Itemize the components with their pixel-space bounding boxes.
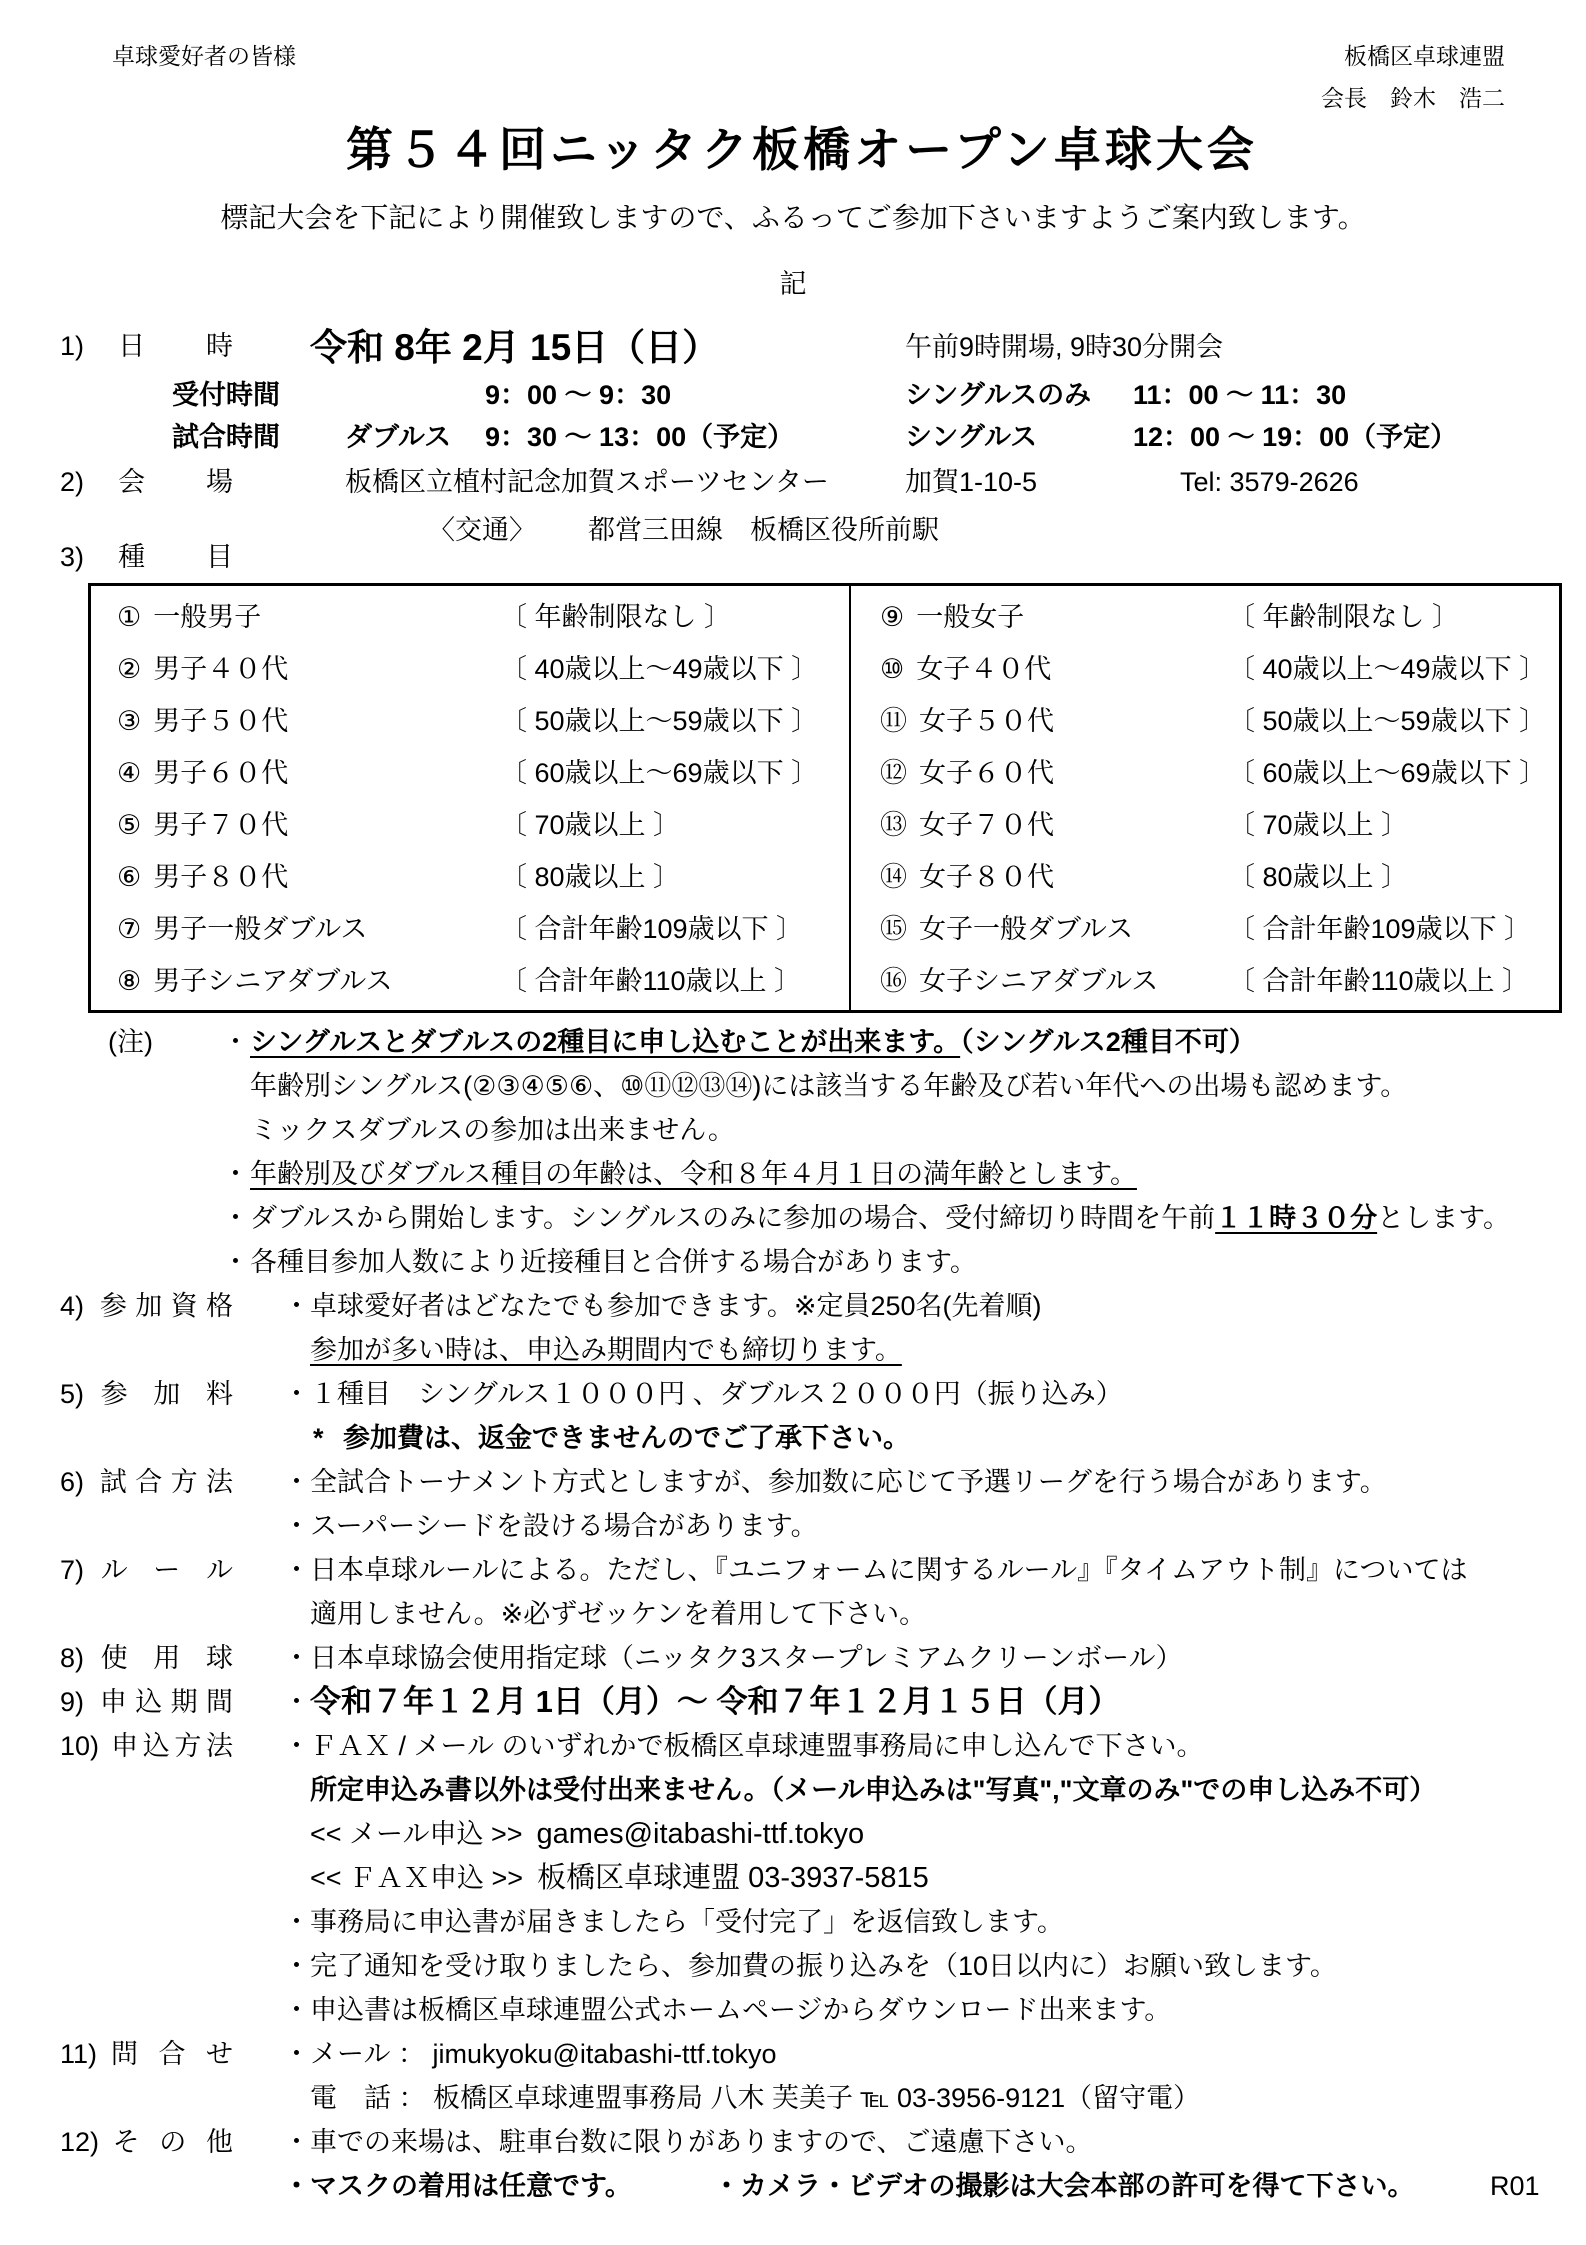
organization-name: 板橋区卓球連盟 (1344, 40, 1505, 72)
note-line: ミックスダブルスの参加は出来ません。 (0, 1108, 1586, 1152)
super-seed-text: スーパーシードを設ける場合があります。 (310, 1504, 818, 1548)
access-info: 都営三田線 板橋区役所前駅 (588, 514, 939, 546)
bullet: ・ (222, 1152, 249, 1196)
application-period: 令和７年１２月 1日（月）～ 令和７年１２月１５日（月） (310, 1680, 1119, 1724)
venue-name: 板橋区立植村記念加賀スポーツセンター (345, 466, 829, 498)
note-mixed-doubles: ミックスダブルスの参加は出来ません。 (250, 1108, 735, 1152)
event-age-limit: 〔 合計年齢110歳以上 〕 (500, 955, 801, 1007)
mail-apply-address: games@itabashi-ttf.tokyo (537, 1818, 865, 1850)
mask-notice-text: マスクの着用は任意です。 (310, 2164, 632, 2208)
contact-phone: 電 話 ： 板橋区卓球連盟事務局 八木 芙美子 ℡ 03-3956-9121（留… (310, 2076, 1200, 2120)
doors-open-info: 午前9時開場, 9時30分開会 (905, 331, 1223, 363)
doubles-time: 9：30 ～ 13：00（予定） (485, 421, 794, 453)
bullet: ・ (713, 2164, 740, 2208)
event-row: ⑨一般女子〔 年齢制限なし 〕 (851, 591, 1559, 643)
note-start-order: ダブルスから開始します。シングルスのみに参加の場合、受付締切り時間を午前１１時３… (250, 1196, 1510, 1240)
greeting-text: 卓球愛好者の皆様 (112, 40, 296, 72)
event-row: ⑯女子シニアダブルス〔 合計年齢110歳以上 〕 (851, 955, 1559, 1007)
event-name: ⑬女子７０代 (880, 810, 1054, 840)
mail-apply-label: << メール申込 >> (310, 1819, 523, 1849)
fee-no-refund-text: 参加費は、返金できませんのでご了承下さい。 (343, 1416, 910, 1460)
fee-line: * 参加費は、返金できませんのでご了承下さい。 (0, 1416, 1586, 1460)
event-name: ④男子６０代 (117, 758, 288, 788)
event-name: ⑨一般女子 (880, 602, 1024, 632)
ball-line: 8) 使 用 球 ・ 日本卓球協会使用指定球（ニッタク3スタープレミアムクリーン… (0, 1636, 1586, 1680)
note-age-basis: 年齢別及びダブルス種目の年齢は、令和８年４月１日の満年齢とします。 (250, 1152, 1137, 1196)
note-entry-limit: シングルスとダブルスの2種目に申し込むことが出来ます。（シングルス2種目不可） (250, 1020, 1256, 1064)
event-row: ⑪女子５０代〔 50歳以上～59歳以下 〕 (851, 695, 1559, 747)
apply-line: ・ 完了通知を受け取りましたら、参加費の振り込みを（10日以内に）お願い致します… (0, 1944, 1586, 1988)
event-age-limit: 〔 80歳以上 〕 (1228, 851, 1408, 903)
qualification-line: 4) 参加資格 ・ 卓球愛好者はどなたでも参加できます。※定員250名(先着順) (0, 1284, 1586, 1328)
event-date: 令和 8年 2月 15日（日） (310, 323, 719, 373)
format-text: 全試合トーナメント方式としますが、参加数に応じて予選リーグを行う場合があります。 (310, 1460, 1387, 1504)
event-age-limit: 〔 40歳以上～49歳以下 〕 (500, 643, 818, 695)
note-line: 年齢別シングルス(②③④⑤⑥、⑩⑪⑫⑬⑭)には該当する年齢及び若い年代への出場も… (0, 1064, 1586, 1108)
singles-label: シングルス (905, 421, 1037, 453)
fee-text: １種目 シングルス１０００円 、ダブルス２０００円（振り込み） (310, 1372, 1123, 1416)
event-name: ⑭女子８０代 (880, 862, 1054, 892)
section-label-events: 3) 種 目 (60, 541, 233, 573)
event-name: ⑤男子７０代 (117, 810, 288, 840)
apply-line: << メール申込 >>games@itabashi-ttf.tokyo (0, 1812, 1586, 1856)
reception-reply-text: 事務局に申込書が届きましたら「受付完了」を返信致します。 (310, 1900, 1064, 1944)
event-name: ⑧男子シニアダブルス (117, 966, 392, 996)
president-name: 会長 鈴木 浩二 (1321, 82, 1505, 114)
qualification-text: 卓球愛好者はどなたでも参加できます。※定員250名(先着順) (310, 1284, 1042, 1328)
event-row: ⑤男子７０代〔 70歳以上 〕 (91, 799, 849, 851)
asterisk-mark: * (313, 1416, 324, 1460)
reception-time-value: 9：00 ～ 9：30 (485, 379, 671, 411)
event-row: ②男子４０代〔 40歳以上～49歳以下 〕 (91, 643, 849, 695)
event-name: ⑫女子６０代 (880, 758, 1054, 788)
fee-line: 5) 参 加 料 ・ １種目 シングルス１０００円 、ダブルス２０００円（振り込… (0, 1372, 1586, 1416)
record-mark: 記 (0, 268, 1586, 300)
bullet: ・ (222, 1240, 249, 1284)
event-name: ③男子５０代 (117, 706, 288, 736)
fax-apply-label: << ＦＡＸ申込 >> (310, 1863, 523, 1893)
bullet: ・ (283, 1372, 310, 1416)
apply-line: 所定申込み書以外は受付出来ません。（メール申込みは"写真","文章のみ"での申し… (0, 1768, 1586, 1812)
event-age-limit: 〔 70歳以上 〕 (1228, 799, 1408, 851)
apply-line: ・ 事務局に申込書が届きましたら「受付完了」を返信致します。 (0, 1900, 1586, 1944)
bullet: ・ (283, 2032, 310, 2076)
access-label: 〈交通〉 (428, 514, 536, 546)
singles-only-time: 11：00 ～ 11：30 (1133, 379, 1346, 411)
events-table-women: ⑨一般女子〔 年齢制限なし 〕 ⑩女子４０代〔 40歳以上～49歳以下 〕 ⑪女… (851, 586, 1559, 1010)
events-table: ①一般男子〔 年齢制限なし 〕 ②男子４０代〔 40歳以上～49歳以下 〕 ③男… (88, 583, 1562, 1013)
bullet: ・ (283, 1988, 310, 2032)
qualification-deadline-text: 参加が多い時は、申込み期間内でも締切ります。 (310, 1328, 902, 1372)
event-age-limit: 〔 年齢制限なし 〕 (1228, 591, 1459, 643)
bullet: ・ (283, 1636, 310, 1680)
contact-line: 電 話 ： 板橋区卓球連盟事務局 八木 芙美子 ℡ 03-3956-9121（留… (0, 2076, 1586, 2120)
mail-apply-line: << メール申込 >>games@itabashi-ttf.tokyo (310, 1812, 864, 1856)
other-line: ・ マスクの着用は任意です。 ・ カメラ・ビデオの撮影は大会本部の許可を得て下さ… (0, 2164, 1586, 2208)
period-line: 9) 申込期間 ・ 令和７年１２月 1日（月）～ 令和７年１２月１５日（月） (0, 1680, 1586, 1724)
bullet: ・ (283, 1284, 310, 1328)
rules-text: 日本卓球ルールによる。ただし、『ユニフォームに関するルール』『タイムアウト制』に… (310, 1548, 1468, 1592)
match-time-label: 試合時間 (172, 421, 280, 453)
bullet: ・ (283, 2164, 310, 2208)
event-age-limit: 〔 80歳以上 〕 (500, 851, 680, 903)
page-title: 第５４回ニッタク板橋オープン卓球大会 (0, 122, 1586, 178)
section-label-fee: 5) 参 加 料 (60, 1378, 233, 1410)
event-name: ⑪女子５０代 (880, 706, 1054, 736)
tournament-announcement-page: 卓球愛好者の皆様 板橋区卓球連盟 会長 鈴木 浩二 第５４回ニッタク板橋オープン… (0, 0, 1586, 2245)
section-label-period: 9) 申込期間 (60, 1686, 233, 1718)
bullet: ・ (283, 1680, 310, 1724)
event-row: ⑩女子４０代〔 40歳以上～49歳以下 〕 (851, 643, 1559, 695)
rules-text-continued: 適用しません。※必ずゼッケンを着用して下さい。 (310, 1592, 926, 1636)
event-age-limit: 〔 合計年齢109歳以下 〕 (500, 903, 803, 955)
event-row: ⑦男子一般ダブルス〔 合計年齢109歳以下 〕 (91, 903, 849, 955)
event-row: ⑥男子８０代〔 80歳以上 〕 (91, 851, 849, 903)
format-line: ・ スーパーシードを設ける場合があります。 (0, 1504, 1586, 1548)
fax-apply-number: 板橋区卓球連盟 03-3937-5815 (537, 1862, 929, 1894)
contact-email: メール ： jimukyoku@itabashi-ttf.tokyo (310, 2032, 777, 2076)
event-age-limit: 〔 70歳以上 〕 (500, 799, 680, 851)
section-label-apply: 10) 申込方法 (60, 1730, 233, 1762)
section-label-venue: 2) 会 場 (60, 466, 233, 498)
bullet: ・ (283, 1548, 310, 1592)
event-row: ⑧男子シニアダブルス〔 合計年齢110歳以上 〕 (91, 955, 849, 1007)
payment-request-text: 完了通知を受け取りましたら、参加費の振り込みを（10日以内に）お願い致します。 (310, 1944, 1337, 1988)
event-name: ⑩女子４０代 (880, 654, 1051, 684)
fax-apply-line: << ＦＡＸ申込 >>板橋区卓球連盟 03-3937-5815 (310, 1856, 929, 1900)
section-label-contact: 11) 問 合 せ (60, 2038, 233, 2070)
bullet: ・ (283, 2120, 310, 2164)
bullet: ・ (283, 1724, 310, 1768)
note-line: ・ 各種目参加人数により近接種目と合併する場合があります。 (0, 1240, 1586, 1284)
ball-text: 日本卓球協会使用指定球（ニッタク3スタープレミアムクリーンボール） (310, 1636, 1183, 1680)
event-age-limit: 〔 40歳以上～49歳以下 〕 (1228, 643, 1546, 695)
section-label-format: 6) 試合方法 (60, 1466, 233, 1498)
camera-notice-text: カメラ・ビデオの撮影は大会本部の許可を得て下さい。 (740, 2164, 1414, 2208)
event-age-limit: 〔 60歳以上～69歳以下 〕 (500, 747, 818, 799)
apply-line: 10) 申込方法 ・ ＦＡＸ / メール のいずれかで板橋区卓球連盟事務局に申し… (0, 1724, 1586, 1768)
apply-line: << ＦＡＸ申込 >>板橋区卓球連盟 03-3937-5815 (0, 1856, 1586, 1900)
event-name: ②男子４０代 (117, 654, 288, 684)
event-row: ⑮女子一般ダブルス〔 合計年齢109歳以下 〕 (851, 903, 1559, 955)
qualification-line: 参加が多い時は、申込み期間内でも締切ります。 (0, 1328, 1586, 1372)
note-line: ・ ダブルスから開始します。シングルスのみに参加の場合、受付締切り時間を午前１１… (0, 1196, 1586, 1240)
event-name: ⑯女子シニアダブルス (880, 966, 1158, 996)
rules-line: 適用しません。※必ずゼッケンを着用して下さい。 (0, 1592, 1586, 1636)
bullet: ・ (222, 1196, 249, 1240)
section-label-other: 12) そ の 他 (60, 2126, 233, 2158)
bullet: ・ (283, 1460, 310, 1504)
revision-mark: R01 (1490, 2164, 1540, 2208)
event-row: ⑫女子６０代〔 60歳以上～69歳以下 〕 (851, 747, 1559, 799)
contact-line: 11) 問 合 せ ・ メール ： jimukyoku@itabashi-ttf… (0, 2032, 1586, 2076)
bullet: ・ (283, 1900, 310, 1944)
event-age-limit: 〔 50歳以上～59歳以下 〕 (500, 695, 818, 747)
event-age-limit: 〔 合計年齢109歳以下 〕 (1228, 903, 1531, 955)
apply-method-text: ＦＡＸ / メール のいずれかで板橋区卓球連盟事務局に申し込んで下さい。 (310, 1724, 1203, 1768)
note-label: (注) (108, 1020, 153, 1064)
format-line: 6) 試合方法 ・ 全試合トーナメント方式としますが、参加数に応じて予選リーグを… (0, 1460, 1586, 1504)
note-age-singles: 年齢別シングルス(②③④⑤⑥、⑩⑪⑫⑬⑭)には該当する年齢及び若い年代への出場も… (250, 1064, 1407, 1108)
apply-restriction-text: 所定申込み書以外は受付出来ません。（メール申込みは"写真","文章のみ"での申し… (310, 1768, 1436, 1812)
event-age-limit: 〔 60歳以上～69歳以下 〕 (1228, 747, 1546, 799)
note-line: ・ 年齢別及びダブルス種目の年齢は、令和８年４月１日の満年齢とします。 (0, 1152, 1586, 1196)
bullet: ・ (222, 1020, 249, 1064)
section-label-ball: 8) 使 用 球 (60, 1642, 233, 1674)
event-row: ④男子６０代〔 60歳以上～69歳以下 〕 (91, 747, 849, 799)
singles-time: 12：00 ～ 19：00（予定） (1133, 421, 1457, 453)
event-name: ⑥男子８０代 (117, 862, 288, 892)
events-table-men: ①一般男子〔 年齢制限なし 〕 ②男子４０代〔 40歳以上～49歳以下 〕 ③男… (91, 586, 851, 1010)
section-label-date: 1) 日 時 (60, 330, 233, 362)
bullet: ・ (283, 1504, 310, 1548)
doubles-label: ダブルス (345, 421, 451, 453)
event-row: ⑭女子８０代〔 80歳以上 〕 (851, 851, 1559, 903)
rules-line: 7) ル ー ル ・ 日本卓球ルールによる。ただし、『ユニフォームに関するルール… (0, 1548, 1586, 1592)
section-label-qualification: 4) 参加資格 (60, 1290, 233, 1322)
event-row: ①一般男子〔 年齢制限なし 〕 (91, 591, 849, 643)
singles-only-label: シングルスのみ (905, 379, 1091, 411)
event-name: ⑦男子一般ダブルス (117, 914, 367, 944)
event-name: ①一般男子 (117, 602, 261, 632)
note-merge-events: 各種目参加人数により近接種目と合併する場合があります。 (250, 1240, 977, 1284)
parking-notice-text: 車での来場は、駐車台数に限りがありますので、ご遠慮下さい。 (310, 2120, 1092, 2164)
apply-line: ・ 申込書は板橋区卓球連盟公式ホームページからダウンロード出来ます。 (0, 1988, 1586, 2032)
document-body: (注) ・ シングルスとダブルスの2種目に申し込むことが出来ます。（シングルス2… (0, 1020, 1586, 2208)
event-row: ③男子５０代〔 50歳以上～59歳以下 〕 (91, 695, 849, 747)
venue-address: 加賀1-10-5 (905, 466, 1037, 498)
note-line: (注) ・ シングルスとダブルスの2種目に申し込むことが出来ます。（シングルス2… (0, 1020, 1586, 1064)
event-row: ⑬女子７０代〔 70歳以上 〕 (851, 799, 1559, 851)
intro-text: 標記大会を下記により開催致しますので、ふるってご参加下さいますようご案内致します… (0, 200, 1586, 236)
bullet: ・ (283, 1944, 310, 1988)
other-line: 12) そ の 他 ・ 車での来場は、駐車台数に限りがありますので、ご遠慮下さい… (0, 2120, 1586, 2164)
reception-time-label: 受付時間 (172, 379, 280, 411)
event-age-limit: 〔 合計年齢110歳以上 〕 (1228, 955, 1529, 1007)
event-age-limit: 〔 50歳以上～59歳以下 〕 (1228, 695, 1546, 747)
venue-tel: Tel: 3579-2626 (1180, 466, 1359, 498)
event-age-limit: 〔 年齢制限なし 〕 (500, 591, 731, 643)
event-name: ⑮女子一般ダブルス (880, 914, 1133, 944)
download-form-text: 申込書は板橋区卓球連盟公式ホームページからダウンロード出来ます。 (310, 1988, 1171, 2032)
section-label-rules: 7) ル ー ル (60, 1554, 233, 1586)
